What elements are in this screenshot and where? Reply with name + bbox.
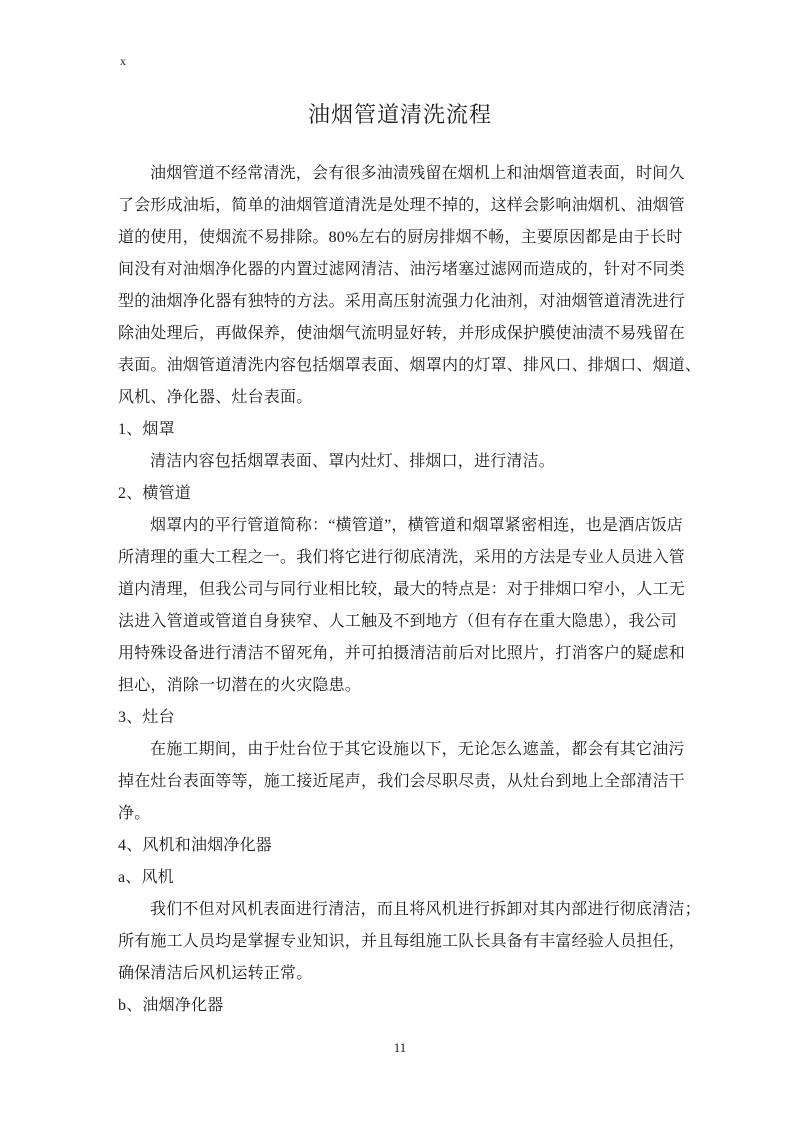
text-line: 所清理的重大工程之一。我们将它进行彻底清洗，采用的方法是专业人员进入管 xyxy=(118,542,688,574)
text-line: 掉在灶台表面等等，施工接近尾声，我们会尽职尽责，从灶台到地上全部清洁干 xyxy=(118,766,688,798)
text-line: 风机、净化器、灶台表面。 xyxy=(118,382,688,414)
text-line: 用特殊设备进行清洁不留死角，并可拍摄清洁前后对比照片，打消客户的疑虑和 xyxy=(118,638,688,670)
text-line: 所有施工人员均是掌握专业知识，并且每组施工队长具备有丰富经验人员担任， xyxy=(118,926,688,958)
text-line: 法进入管道或管道自身狭窄、人工触及不到地方（但有存在重大隐患），我公司 xyxy=(118,606,688,638)
document-page: x 油烟管道清洗流程 油烟管道不经常清洗，会有很多油渍残留在烟机上和油烟管道表面… xyxy=(0,0,800,1131)
text-line: 油烟管道不经常清洗，会有很多油渍残留在烟机上和油烟管道表面，时间久 xyxy=(118,158,688,190)
document-body: 油烟管道不经常清洗，会有很多油渍残留在烟机上和油烟管道表面，时间久了会形成油垢，… xyxy=(118,158,688,1022)
text-line: 表面。油烟管道清洗内容包括烟罩表面、烟罩内的灯罩、排风口、排烟口、烟道、 xyxy=(118,350,688,382)
page-title: 油烟管道清洗流程 xyxy=(0,100,800,130)
text-line: 间没有对油烟净化器的内置过滤网清洁、油污堵塞过滤网而造成的，针对不同类 xyxy=(118,254,688,286)
text-line: 烟罩内的平行管道简称：“横管道”，横管道和烟罩紧密相连，也是酒店饭店 xyxy=(118,510,688,542)
section-heading: 1、烟罩 xyxy=(118,414,688,446)
text-line: 我们不但对风机表面进行清洁，而且将风机进行拆卸对其内部进行彻底清洁； xyxy=(118,894,688,926)
text-line: 在施工期间，由于灶台位于其它设施以下，无论怎么遮盖，都会有其它油污 xyxy=(118,734,688,766)
text-line: 担心，消除一切潜在的火灾隐患。 xyxy=(118,670,688,702)
section-heading: a、风机 xyxy=(118,862,688,894)
section-heading: 3、灶台 xyxy=(118,702,688,734)
text-line: 净。 xyxy=(118,798,688,830)
section-heading: 4、风机和油烟净化器 xyxy=(118,830,688,862)
text-line: 确保清洁后风机运转正常。 xyxy=(118,958,688,990)
stray-character: x xyxy=(120,53,126,69)
section-heading: b、油烟净化器 xyxy=(118,990,688,1022)
text-line: 了会形成油垢，简单的油烟管道清洗是处理不掉的，这样会影响油烟机、油烟管 xyxy=(118,190,688,222)
section-heading: 2、横管道 xyxy=(118,478,688,510)
page-number: 11 xyxy=(0,1040,800,1056)
text-line: 道的使用，使烟流不易排除。80%左右的厨房排烟不畅，主要原因都是由于长时 xyxy=(118,222,688,254)
text-line: 除油处理后，再做保养，使油烟气流明显好转，并形成保护膜使油渍不易残留在 xyxy=(118,318,688,350)
text-line: 型的油烟净化器有独特的方法。采用高压射流强力化油剂，对油烟管道清洗进行 xyxy=(118,286,688,318)
text-line: 清洁内容包括烟罩表面、罩内灶灯、排烟口，进行清洁。 xyxy=(118,446,688,478)
text-line: 道内清理，但我公司与同行业相比较，最大的特点是：对于排烟口窄小，人工无 xyxy=(118,574,688,606)
